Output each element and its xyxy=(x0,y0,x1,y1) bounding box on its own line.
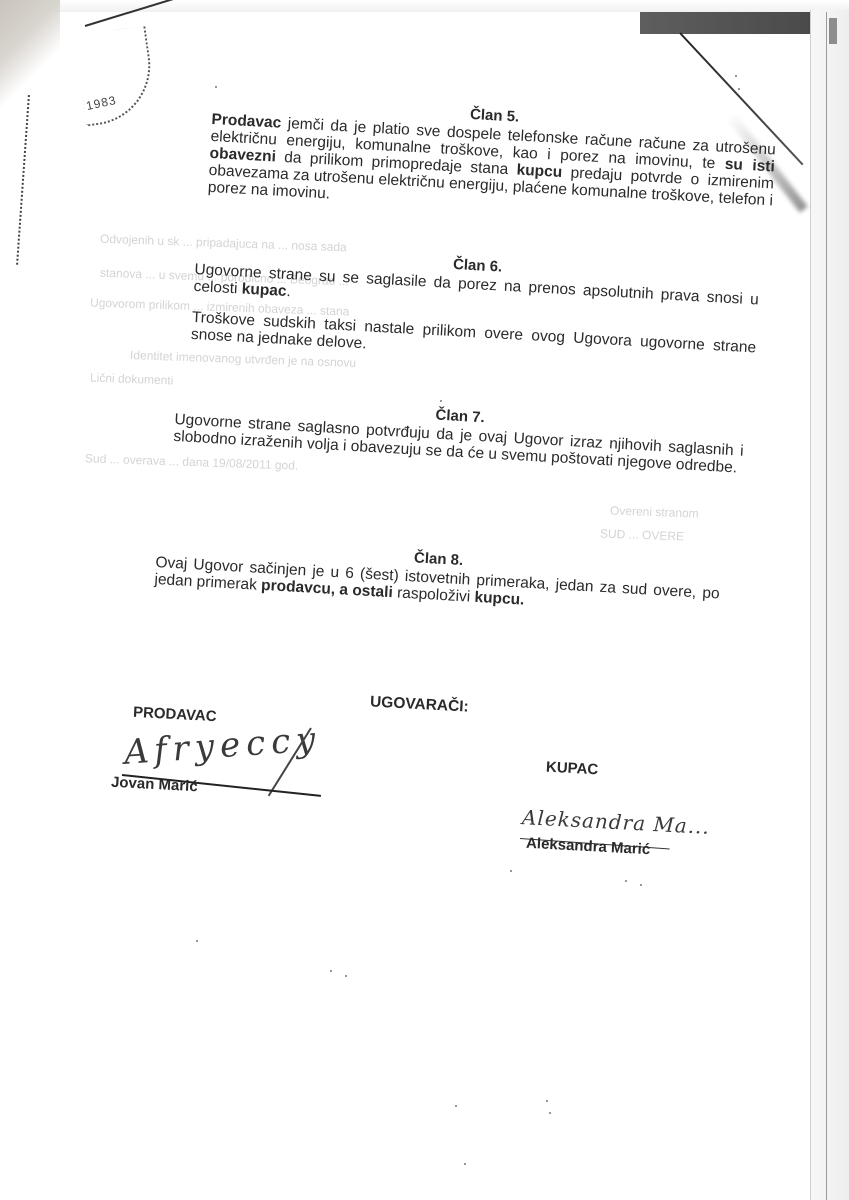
seller-role-label: PRODAVAC xyxy=(133,704,217,725)
scan-speck xyxy=(549,1112,551,1114)
scan-speck xyxy=(546,1100,548,1102)
scan-speck xyxy=(738,88,740,90)
scan-speck xyxy=(640,884,642,886)
scan-speck xyxy=(625,880,627,882)
scan-speck xyxy=(196,940,198,942)
scan-speck xyxy=(510,870,512,872)
scan-speck xyxy=(735,75,737,77)
article-5: Član 5. Prodavac jemči da je platio sve … xyxy=(207,92,777,226)
scan-speck xyxy=(215,86,217,88)
buyer-role-label: KUPAC xyxy=(546,759,599,779)
buyer-signature: Aleksandra Ma... xyxy=(522,805,711,839)
buyer-name: Aleksandra Marić xyxy=(526,835,651,858)
text: raspoloživi xyxy=(392,584,475,606)
scan-speck xyxy=(455,1105,457,1107)
article-6: Član 6. Ugovorne strane su se saglasile … xyxy=(191,242,761,373)
scan-speck xyxy=(330,970,332,972)
text: . xyxy=(286,283,291,300)
scan-speck xyxy=(464,1163,466,1165)
scan-speck xyxy=(345,975,347,977)
article-8: Član 8. Ovaj Ugovor sačinjen je u 6 (šes… xyxy=(154,535,721,619)
text-bold: kupcu. xyxy=(474,589,525,609)
article-7: Član 7. Ugovorne strane saglasno potvrđu… xyxy=(173,392,745,477)
seller-name: Jovan Marić xyxy=(111,774,198,796)
text-bold: kupac xyxy=(241,281,287,300)
scan-speck xyxy=(440,400,442,402)
document-page: Član 5. Prodavac jemči da je platio sve … xyxy=(0,0,849,1200)
seller-signature: Afryeccy xyxy=(123,719,323,773)
parties-label: UGOVARAČI: xyxy=(370,693,470,716)
